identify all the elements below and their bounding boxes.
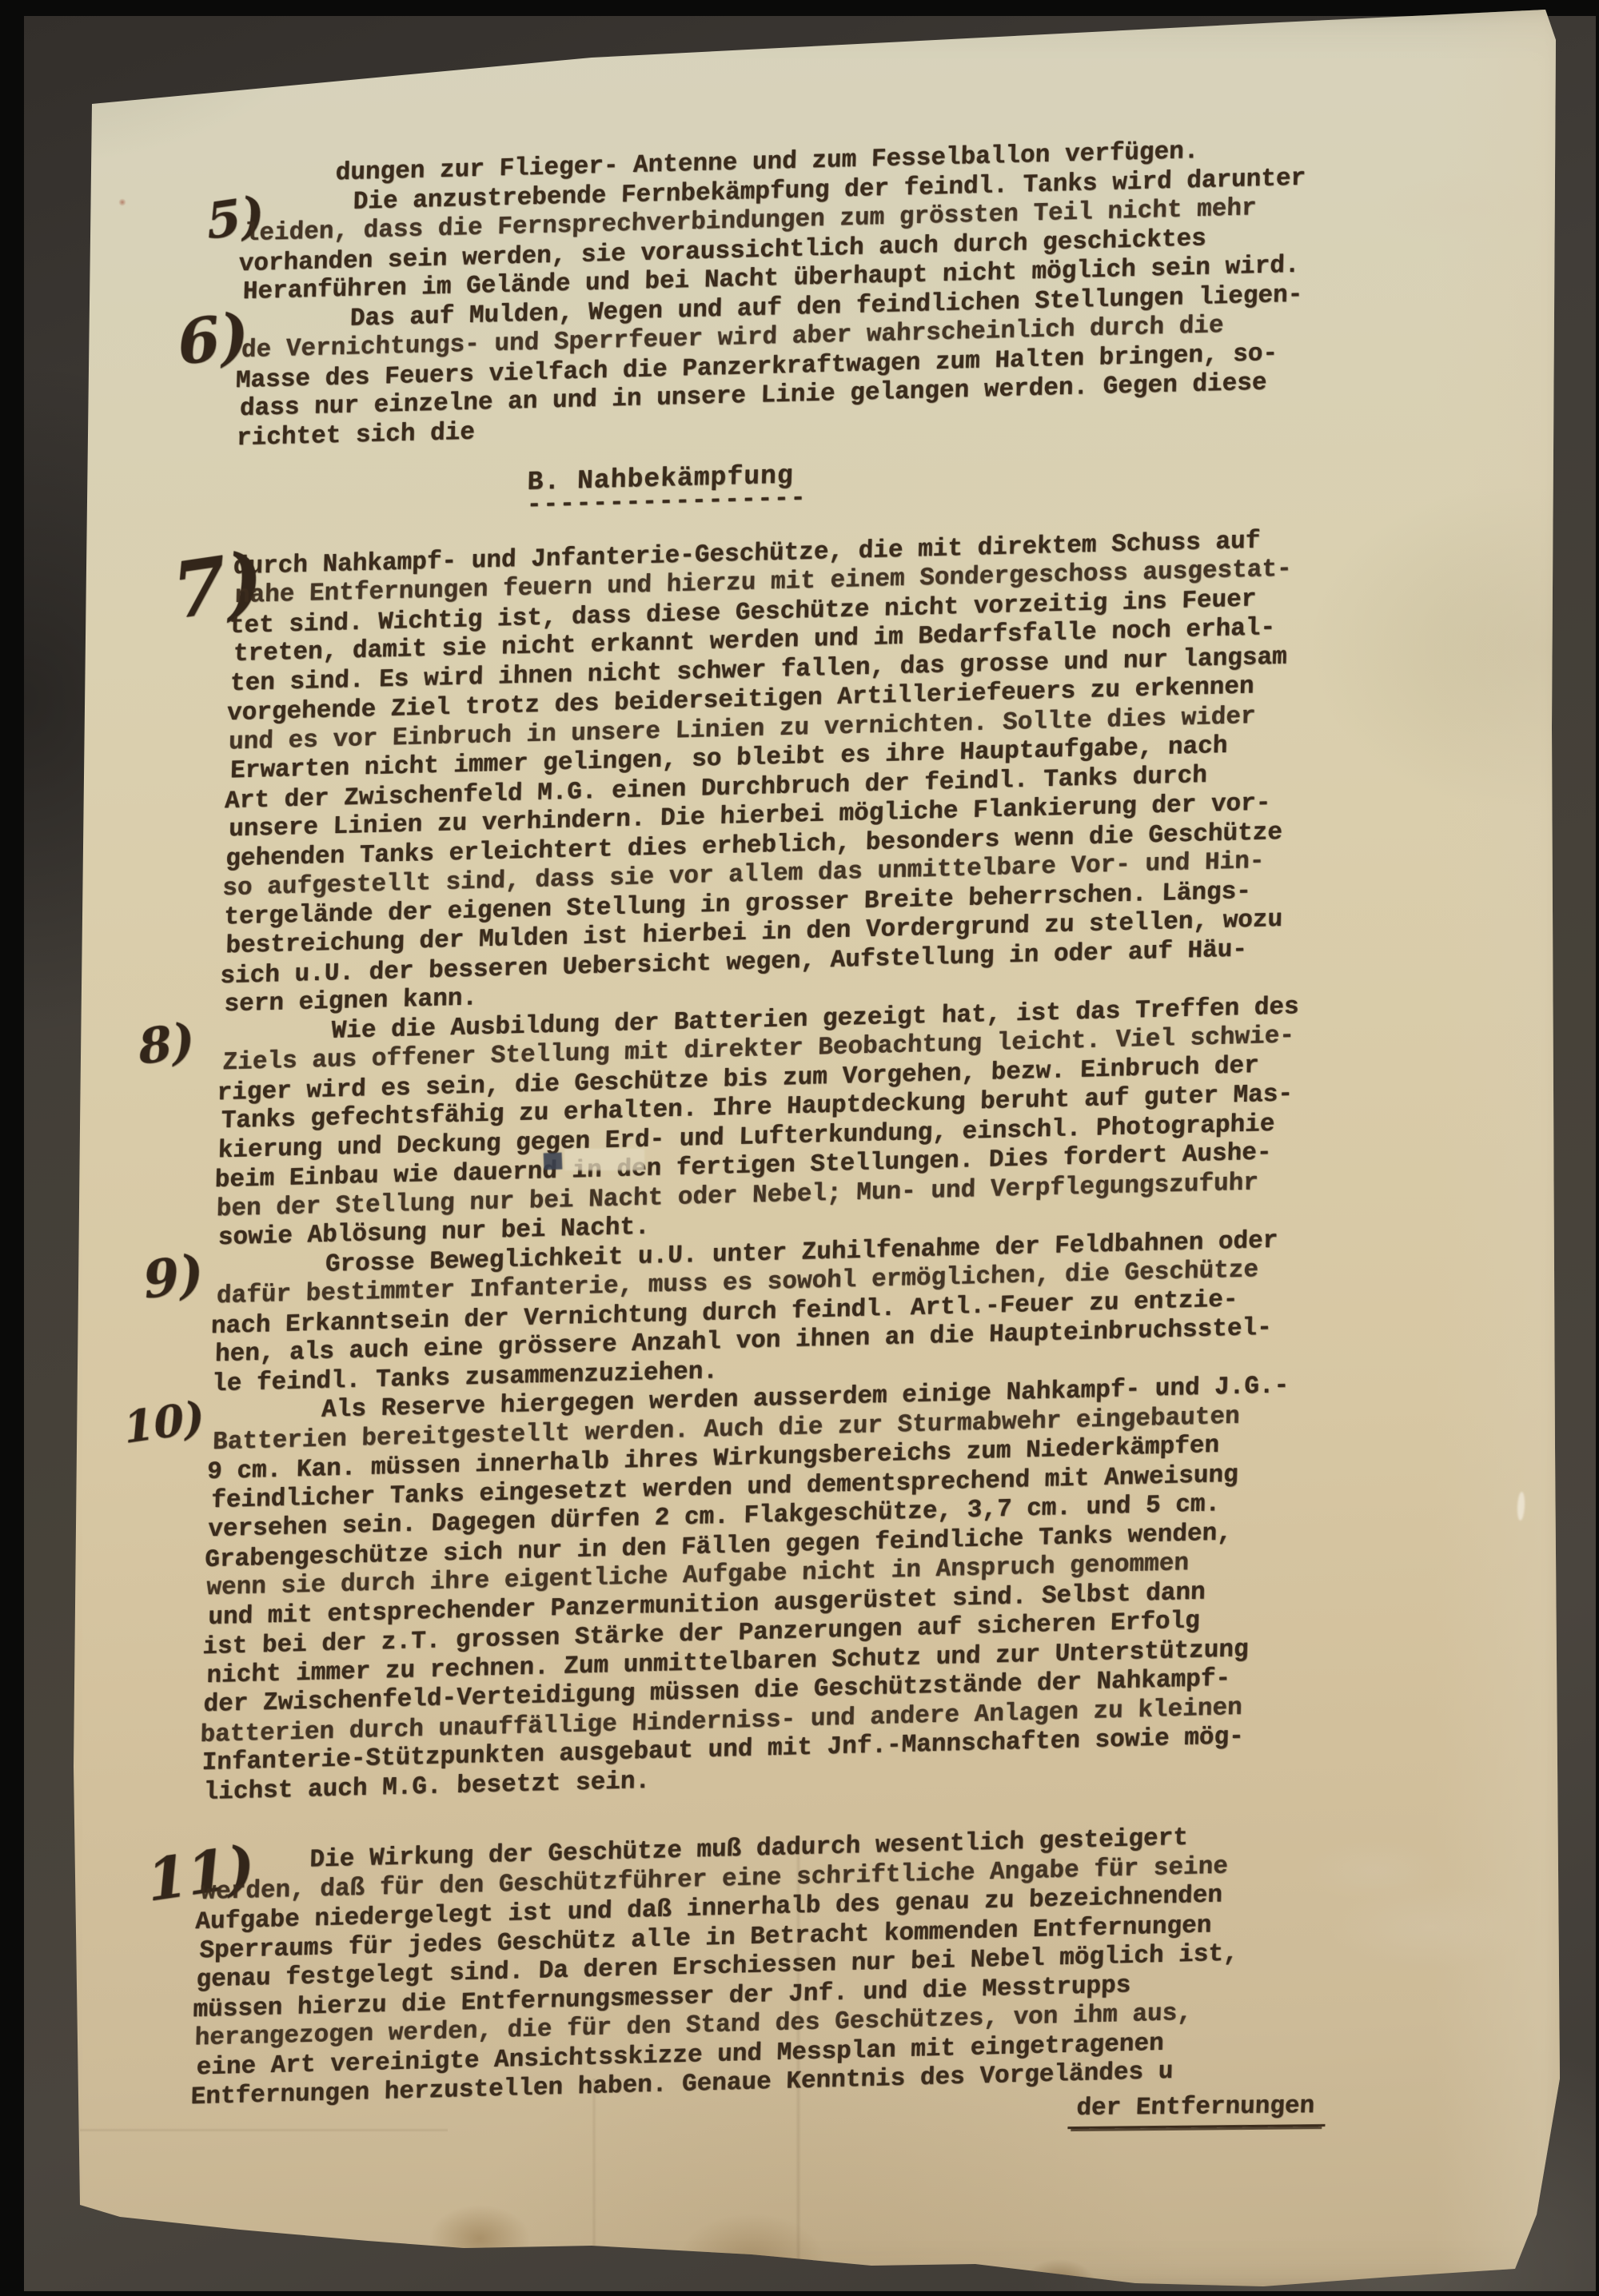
margin-number-10: 10) <box>122 1395 206 1449</box>
paragraph-11: Die Wirkung der Geschütze muß dadurch we… <box>193 1819 1412 2112</box>
paragraph-6: Das auf Mulden, Wegen und auf den feindl… <box>237 277 1453 453</box>
section-7: 7)durch Nahkampf- und Jnfanterie-Geschüt… <box>106 522 1445 1022</box>
paper-edge-glint <box>1517 1492 1525 1521</box>
ink-blot <box>544 1153 563 1170</box>
paragraph-7: durch Nahkampf- und Jnfanterie-Geschütze… <box>221 522 1445 1019</box>
section-heading-block: B. Nahbekämpfung ----------------- <box>527 445 1448 514</box>
margin-number-9: 9) <box>142 1247 206 1306</box>
erasure-patch <box>564 1149 644 1170</box>
margin-number-6: 6) <box>175 304 252 374</box>
document-page: dungen zur Flieger- Antenne und zum Fess… <box>32 8 1591 2291</box>
paragraph-10: Als Reserve hiergegen werden ausserdem e… <box>201 1369 1423 1808</box>
section-8: 8)Wie die Ausbildung der Batterien gezei… <box>99 989 1434 1256</box>
margin-number-8: 8) <box>136 1016 197 1072</box>
sections-before-heading: 5)Die anzustrebende Fernbekämpfung der f… <box>120 160 1455 456</box>
paragraph-8: Wie die Ausbildung der Batterien gezeigt… <box>215 989 1434 1253</box>
section-10: 10)Als Reserve hiergegen werden ausserde… <box>85 1369 1423 1811</box>
photo-backdrop: dungen zur Flieger- Antenne und zum Fess… <box>0 0 1599 2296</box>
typed-text-block: dungen zur Flieger- Antenne und zum Fess… <box>76 131 1456 2155</box>
sections-after-heading: 7)durch Nahkampf- und Jnfanterie-Geschüt… <box>77 522 1445 2115</box>
section-11: 11)Die Wirkung der Geschütze muß dadurch… <box>77 1819 1412 2115</box>
closing-underlined-text: der Entfernungen <box>1067 2091 1326 2128</box>
